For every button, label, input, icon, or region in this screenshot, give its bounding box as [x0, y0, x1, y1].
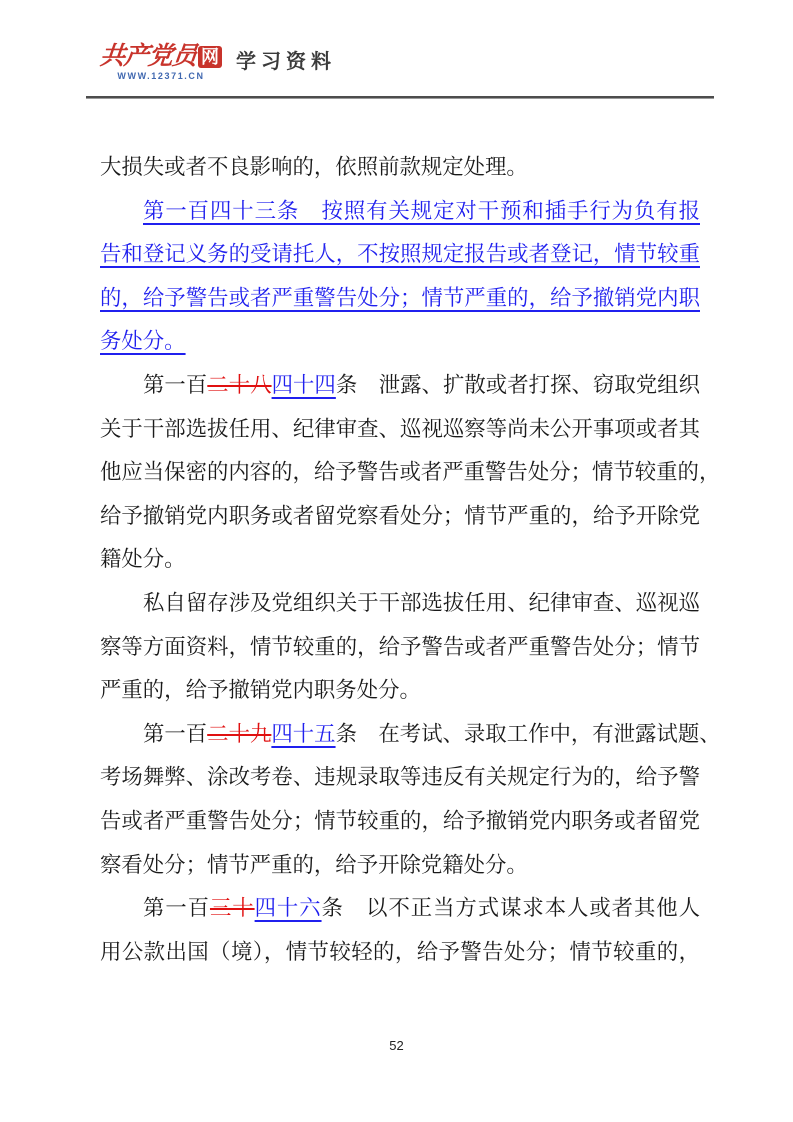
- logo-calligraphy-text: 共产党员: [99, 44, 198, 69]
- text-line: 察看处分；情节严重的，给予开除党籍处分。: [100, 844, 700, 888]
- logo-net-icon: 网: [198, 46, 222, 68]
- site-logo: 共产党员 网 WWW.12371.CN: [100, 44, 222, 81]
- document-page: 共产党员 网 WWW.12371.CN 学习资料 大损失或者不良影响的，依照前款…: [0, 0, 793, 1122]
- logo-top: 共产党员 网: [100, 44, 222, 69]
- header-divider: [86, 96, 714, 99]
- body-text: 条 以不正当方式谋求本人或者其他人: [322, 896, 700, 920]
- text-line: 第一百三十四十六条 以不正当方式谋求本人或者其他人: [100, 887, 700, 931]
- body-text: 严重的，给予撤销党内职务处分。: [100, 678, 421, 702]
- body-text: 他应当保密的内容的，给予警告或者严重警告处分；情节较重的，: [100, 460, 720, 484]
- deleted-text: 二十八: [207, 373, 271, 397]
- text-line: 第一百二十九四十五条 在考试、录取工作中，有泄露试题、: [100, 713, 700, 757]
- text-line: 第一百二十八四十四条 泄露、扩散或者打探、窃取党组织: [100, 364, 700, 408]
- logo-url: WWW.12371.CN: [100, 71, 222, 81]
- body-text: 关于干部选拔任用、纪律审查、巡视巡察等尚未公开事项或者其: [100, 417, 700, 441]
- body-text: 第一百: [143, 373, 207, 397]
- inserted-text: 四十四: [272, 373, 336, 397]
- body-text: 籍处分。: [100, 547, 186, 571]
- text-line: 私自留存涉及党组织关于干部选拔任用、纪律审查、巡视巡: [100, 582, 700, 626]
- inserted-text: 四十六: [255, 896, 322, 920]
- header: 共产党员 网 WWW.12371.CN 学习资料: [100, 44, 336, 81]
- body-text: 察等方面资料，情节较重的，给予警告或者严重警告处分；情节: [100, 635, 700, 659]
- text-line: 籍处分。: [100, 538, 700, 582]
- text-line: 务处分。: [100, 320, 700, 364]
- body-text: 告或者严重警告处分；情节较重的，给予撤销党内职务或者留党: [100, 809, 700, 833]
- text-line: 考场舞弊、涂改考卷、违规录取等违反有关规定行为的，给予警: [100, 756, 700, 800]
- body-text: 条 泄露、扩散或者打探、窃取党组织: [336, 373, 700, 397]
- text-line: 告和登记义务的受请托人，不按照规定报告或者登记，情节较重: [100, 233, 700, 277]
- text-line: 察等方面资料，情节较重的，给予警告或者严重警告处分；情节: [100, 626, 700, 670]
- body-text: 考场舞弊、涂改考卷、违规录取等违反有关规定行为的，给予警: [100, 765, 700, 789]
- text-line: 严重的，给予撤销党内职务处分。: [100, 669, 700, 713]
- body-text: 私自留存涉及党组织关于干部选拔任用、纪律审查、巡视巡: [143, 591, 700, 615]
- inserted-text: 告和登记义务的受请托人，不按照规定报告或者登记，情节较重: [100, 242, 700, 266]
- text-line: 他应当保密的内容的，给予警告或者严重警告处分；情节较重的，: [100, 451, 700, 495]
- body-text: 用公款出国（境），情节较轻的，给予警告处分；情节较重的，: [100, 940, 700, 964]
- body-text: 条 在考试、录取工作中，有泄露试题、: [336, 722, 721, 746]
- inserted-text: 的，给予警告或者严重警告处分；情节严重的，给予撤销党内职: [100, 286, 700, 310]
- inserted-text: 四十五: [271, 722, 335, 746]
- document-body: 大损失或者不良影响的，依照前款规定处理。第一百四十三条 按照有关规定对干预和插手…: [100, 146, 700, 974]
- header-label: 学习资料: [236, 45, 336, 80]
- page-number: 52: [0, 1038, 793, 1053]
- text-line: 用公款出国（境），情节较轻的，给予警告处分；情节较重的，: [100, 931, 700, 975]
- inserted-text: 务处分。: [100, 329, 186, 353]
- text-line: 告或者严重警告处分；情节较重的，给予撤销党内职务或者留党: [100, 800, 700, 844]
- body-text: 察看处分；情节严重的，给予开除党籍处分。: [100, 853, 528, 877]
- deleted-text: 二十九: [207, 722, 271, 746]
- body-text: 第一百: [143, 722, 207, 746]
- text-line: 大损失或者不良影响的，依照前款规定处理。: [100, 146, 700, 190]
- body-text: 第一百: [143, 896, 210, 920]
- text-line: 关于干部选拔任用、纪律审查、巡视巡察等尚未公开事项或者其: [100, 408, 700, 452]
- inserted-text: 第一百四十三条 按照有关规定对干预和插手行为负有报: [143, 199, 700, 223]
- text-line: 第一百四十三条 按照有关规定对干预和插手行为负有报: [100, 190, 700, 234]
- text-line: 的，给予警告或者严重警告处分；情节严重的，给予撤销党内职: [100, 277, 700, 321]
- body-text: 给予撤销党内职务或者留党察看处分；情节严重的，给予开除党: [100, 504, 700, 528]
- text-line: 给予撤销党内职务或者留党察看处分；情节严重的，给予开除党: [100, 495, 700, 539]
- deleted-text: 三十: [210, 896, 255, 920]
- body-text: 大损失或者不良影响的，依照前款规定处理。: [100, 155, 528, 179]
